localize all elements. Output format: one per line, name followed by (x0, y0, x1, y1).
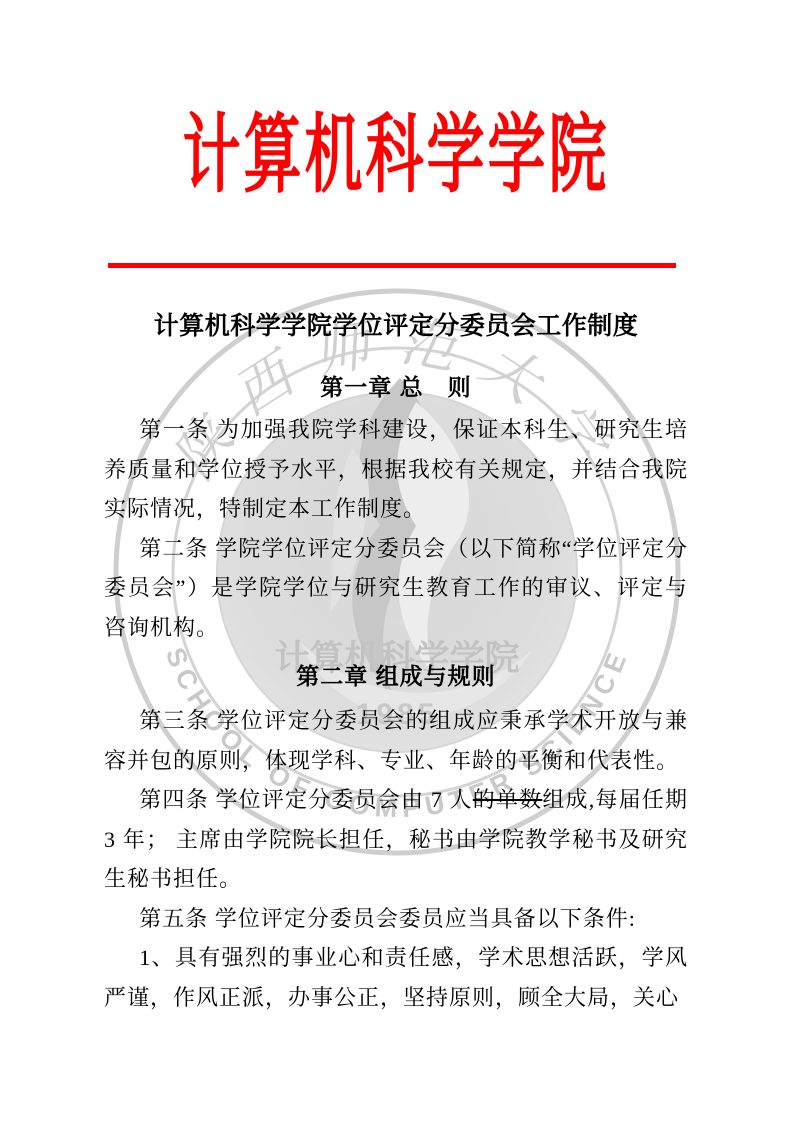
document-content: 计算机科学学院 计算机科学学院学位评定分委员会工作制度 第一章 总 则 第一条 … (0, 116, 794, 1017)
article-4-struck-text: 的单数 (473, 787, 543, 812)
paragraph-article-4: 第四条 学位评定分委员会由 7 人的单数组成,每届任期 3 年； 主席由学院院长… (104, 780, 688, 899)
body-text: 第一条 为加强我院学科建设，保证本科生、研究生培养质量和学位授予水平，根据我校有… (104, 410, 688, 1017)
red-divider-line (108, 263, 676, 268)
chapter-1-heading: 第一章 总 则 (104, 372, 688, 402)
document-title: 计算机科学学院学位评定分委员会工作制度 (104, 310, 688, 344)
paragraph-article-5: 第五条 学位评定分委员会委员应当具备以下条件: (104, 899, 688, 939)
paragraph-condition-1: 1、具有强烈的事业心和责任感，学术思想活跃，学风严谨，作风正派，办事公正，坚持原… (104, 938, 688, 1017)
paragraph-article-3: 第三条 学位评定分委员会的组成应秉承学术开放与兼容并包的原则，体现学科、专业、年… (104, 701, 688, 780)
college-banner-title: 计算机科学学院 (182, 97, 609, 215)
paragraph-article-2: 第二条 学院学位评定分委员会（以下简称“学位评定分委员会”）是学院学位与研究生教… (104, 529, 688, 648)
college-banner: 计算机科学学院 (104, 116, 688, 196)
document-page: 陕西师范大学 计算机科学学院 1985 SCHOOL OF COMPUTER S… (0, 0, 794, 1123)
paragraph-article-1: 第一条 为加强我院学科建设，保证本科生、研究生培养质量和学位授予水平，根据我校有… (104, 410, 688, 529)
chapter-2-heading: 第二章 组成与规则 (104, 660, 688, 692)
article-4-text: 第四条 学位评定分委员会由 7 人 (139, 787, 473, 812)
